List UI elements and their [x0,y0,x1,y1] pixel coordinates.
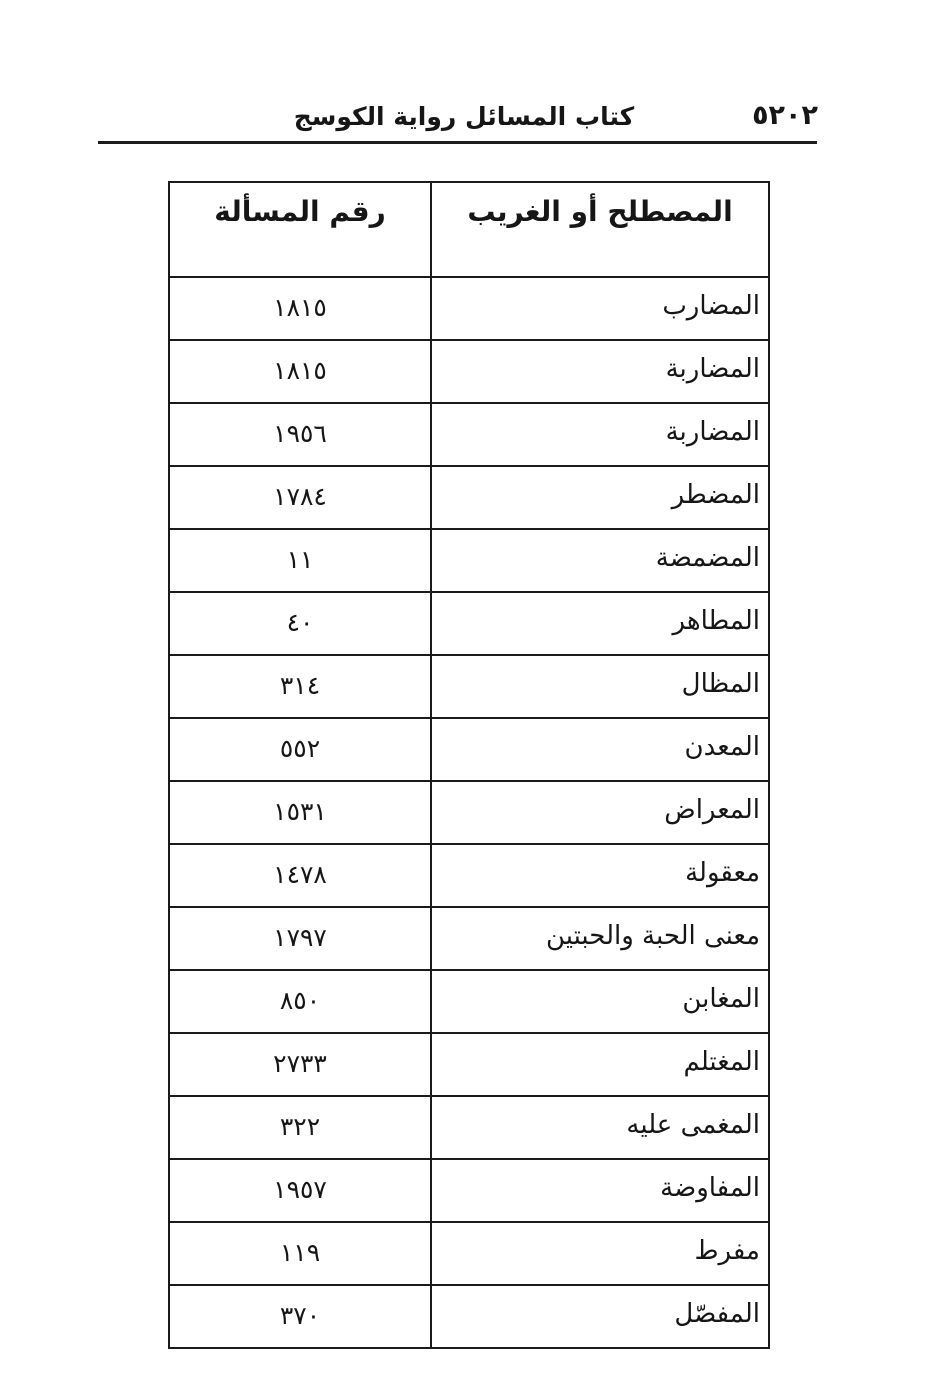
table-row: المضمضة١١ [169,529,769,592]
issue-number-cell: ١٩٥٧ [169,1159,431,1222]
term-cell: معنى الحبة والحبتين [431,907,769,970]
term-cell: المغمى عليه [431,1096,769,1159]
term-cell: المضارب [431,277,769,340]
issue-number-cell: ٣٧٠ [169,1285,431,1348]
term-cell: المغتلم [431,1033,769,1096]
table-row: المفصّل٣٧٠ [169,1285,769,1348]
issue-number-cell: ٢٧٣٣ [169,1033,431,1096]
issue-number-cell: ١٨١٥ [169,277,431,340]
table-row: المفاوضة١٩٥٧ [169,1159,769,1222]
table-row: معنى الحبة والحبتين١٧٩٧ [169,907,769,970]
header-rule [98,141,817,144]
term-cell: المضطر [431,466,769,529]
issue-number-cell: ١٥٣١ [169,781,431,844]
table-row: المضطر١٧٨٤ [169,466,769,529]
term-cell: المعدن [431,718,769,781]
table-body: المضارب١٨١٥المضاربة١٨١٥المضاربة١٩٥٦المضط… [169,277,769,1348]
column-header-term: المصطلح أو الغريب [431,182,769,277]
issue-number-cell: ٤٠ [169,592,431,655]
issue-number-cell: ١٤٧٨ [169,844,431,907]
term-cell: المطاهر [431,592,769,655]
table-header-row: المصطلح أو الغريب رقم المسألة [169,182,769,277]
term-cell: المضمضة [431,529,769,592]
term-cell: المضاربة [431,403,769,466]
column-header-number: رقم المسألة [169,182,431,277]
table-row: المعدن٥٥٢ [169,718,769,781]
issue-number-cell: ٣٢٢ [169,1096,431,1159]
page-header-title: كتاب المسائل رواية الكوسج [0,102,928,131]
issue-number-cell: ٣١٤ [169,655,431,718]
table-row: المضاربة١٩٥٦ [169,403,769,466]
term-cell: معقولة [431,844,769,907]
table-row: المغابن٨٥٠ [169,970,769,1033]
glossary-table: المصطلح أو الغريب رقم المسألة المضارب١٨١… [168,181,770,1349]
term-cell: المغابن [431,970,769,1033]
issue-number-cell: ١٨١٥ [169,340,431,403]
table-row: المضاربة١٨١٥ [169,340,769,403]
term-cell: المضاربة [431,340,769,403]
table-row: المطاهر٤٠ [169,592,769,655]
issue-number-cell: ١١ [169,529,431,592]
issue-number-cell: ١٧٩٧ [169,907,431,970]
term-cell: المعراض [431,781,769,844]
table-row: المغتلم٢٧٣٣ [169,1033,769,1096]
term-cell: المظال [431,655,769,718]
issue-number-cell: ١٧٨٤ [169,466,431,529]
term-cell: مفرط [431,1222,769,1285]
table-row: المضارب١٨١٥ [169,277,769,340]
term-cell: المفصّل [431,1285,769,1348]
issue-number-cell: ٥٥٢ [169,718,431,781]
table-row: المعراض١٥٣١ [169,781,769,844]
table-row: المظال٣١٤ [169,655,769,718]
book-page: ٥٢٠٢ كتاب المسائل رواية الكوسج المصطلح أ… [0,0,928,1377]
table-row: معقولة١٤٧٨ [169,844,769,907]
table-row: مفرط١١٩ [169,1222,769,1285]
table-row: المغمى عليه٣٢٢ [169,1096,769,1159]
issue-number-cell: ٨٥٠ [169,970,431,1033]
issue-number-cell: ١٩٥٦ [169,403,431,466]
term-cell: المفاوضة [431,1159,769,1222]
issue-number-cell: ١١٩ [169,1222,431,1285]
